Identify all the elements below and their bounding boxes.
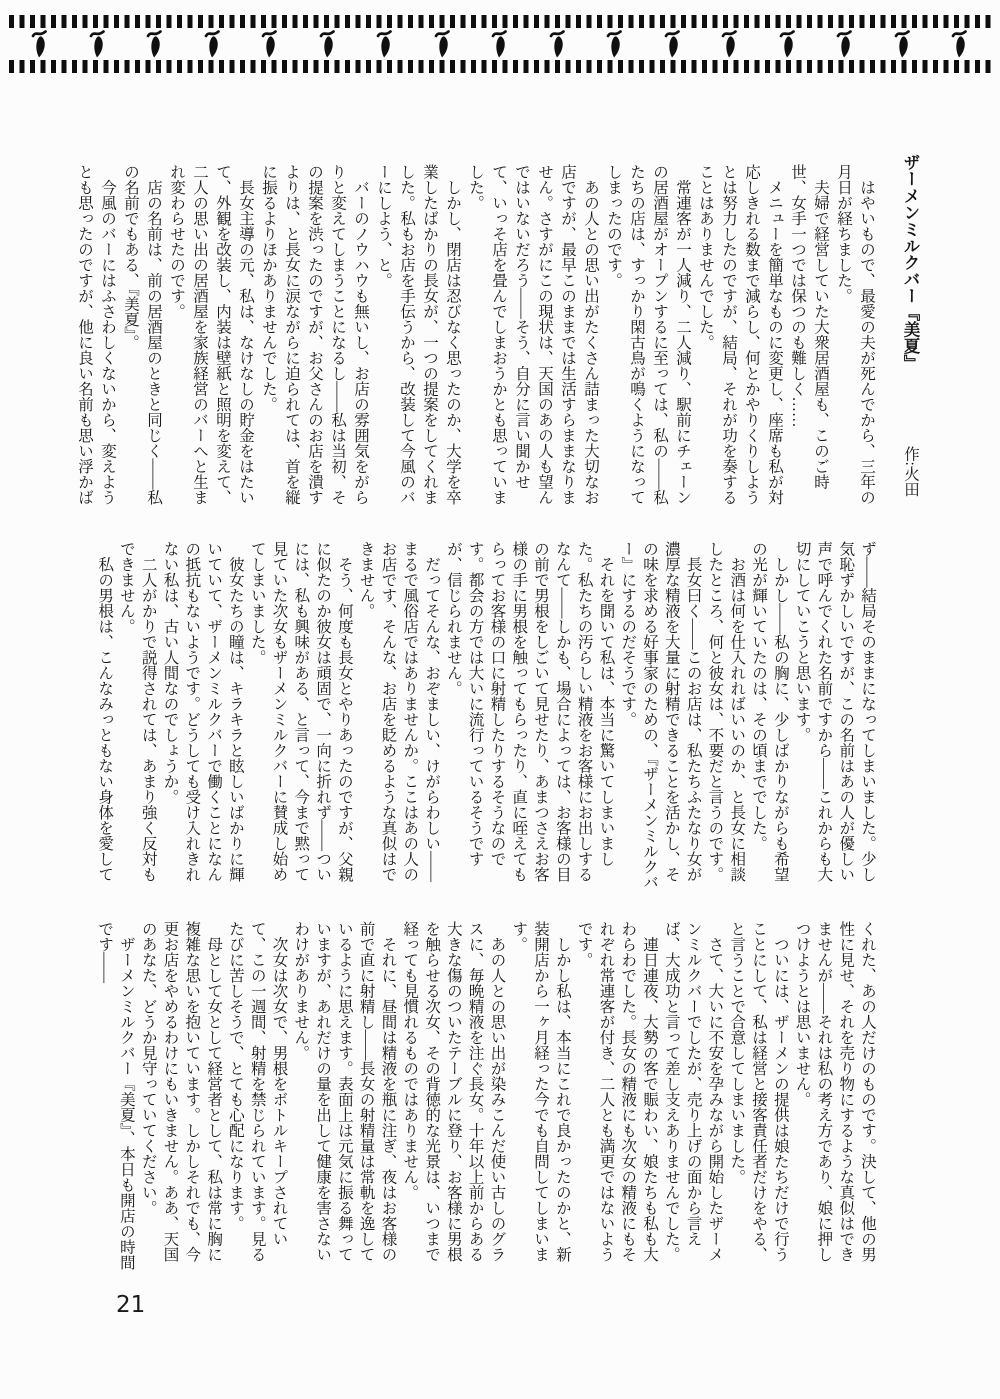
paragraph: 私の男根は、こんなみっともない身体を愛して	[93, 541, 115, 893]
paragraph: しかし――私の胸に、少しばかりながらも希望の光が輝いていたのは、その頃まででした…	[747, 541, 791, 893]
paragraph: だってそんな、おぞましい、けがらわしい――まるで風俗店ではありませんか。ここはあ…	[355, 541, 442, 893]
paragraph: 長女曰く――このお店は、私たちふたなり女が濃厚な精液を大量に射精できることを活か…	[616, 541, 703, 893]
paragraph: あの人との思い出が染みこんだ使い古しのグラスに、毎晩精液を注ぐ長女。十年以上前か…	[398, 921, 507, 1273]
dashed-border-bottom	[9, 60, 991, 73]
paragraph: 店の名前は、前の居酒屋のときと同じく――私の名前でもある、『美夏』。	[119, 164, 165, 516]
ornament-border	[30, 29, 970, 59]
paragraph: バーのノウハウも無いし、お店の雰囲気をがらりと変えてしまうことになるし――私は当…	[257, 164, 372, 516]
comma-flourish-icon	[490, 29, 510, 59]
text-block-3: くれた、あの人だけのものです。決して、他の男性に見せ、それを売り物にするような真…	[78, 921, 878, 1273]
paragraph: メニューを簡単なものに変更し、座席も私が対応しきれる数まで減らし、何とかやりくり…	[694, 164, 786, 516]
author-credit: 作:火田	[902, 446, 919, 497]
paragraph: 今風のバーにはふさわしくないから、変えようとも思ったのですが、他に良い名前も思い…	[73, 164, 119, 516]
comma-flourish-icon	[950, 29, 970, 59]
text-block-2: ず――結局そのままになってしまいました。少し気恥ずかしいですが、この名前はあの人…	[78, 541, 878, 893]
paragraph: そう、何度も長女とやりあったのですが、父親に似たのか彼女は頑固で、一向に折れず―…	[246, 541, 355, 893]
comma-flourish-icon	[203, 29, 223, 59]
comma-flourish-icon	[835, 29, 855, 59]
paragraph: しかし、閉店は忍びなく思ったのか、大学を卒業したばかりの長女が、一つの提案をして…	[372, 164, 464, 516]
comma-flourish-icon	[30, 29, 50, 59]
title-column: ザーメンミルクバー『美夏』 作:火田	[898, 154, 922, 546]
paragraph: 連日連夜、大勢の客で賑わい、娘たちも私も大わらわでした。長女の精液にも次女の精液…	[573, 921, 660, 1273]
comma-flourish-icon	[433, 29, 453, 59]
comma-flourish-icon	[88, 29, 108, 59]
page-number: 21	[116, 1292, 145, 1318]
comma-flourish-icon	[145, 29, 165, 59]
paragraph: ついには、ザーメンの提供は娘たちだけで行うことにして、私は経営と接客責任者だけを…	[725, 921, 790, 1273]
paragraph: ザーメンミルクバー『美夏』、本日も開店の時間です――	[93, 921, 137, 1273]
paragraph: お酒は何を仕入れればいいのか、と長女に相談したところ、何と彼女は、不要だと言うの…	[704, 541, 748, 893]
comma-flourish-icon	[778, 29, 798, 59]
comma-flourish-icon	[663, 29, 683, 59]
paragraph: それを聞いて私は、本当に驚いてしまいました。私たちの汚らしい精液をお客様にお出し…	[442, 541, 616, 893]
page-title: ザーメンミルクバー『美夏』	[901, 154, 919, 371]
paragraph: 常連客が一人減り、二人減り、駅前にチェーンの居酒屋がオープンするに至っては、私の…	[602, 164, 694, 516]
paragraph: それに、昼間は精液を瓶に注ぎ、夜はお客様の前で直に射精し――長女の射精量は常軌を…	[289, 921, 398, 1273]
comma-flourish-icon	[605, 29, 625, 59]
paragraph: くれた、あの人だけのものです。決して、他の男性に見せ、それを売り物にするような真…	[791, 921, 878, 1273]
comma-flourish-icon	[893, 29, 913, 59]
paragraph: しかし私は、本当にこれで良かったのかと、新装開店から一ヶ月経った今でも自問してし…	[507, 921, 572, 1273]
paragraph: 彼女たちの瞳は、キラキラと眩しいばかりに輝いていて、ザーメンミルクバーで働くこと…	[159, 541, 246, 893]
paragraph: 母として女として経営者として、私は常に胸に複雑な思いを抱いています。しかしそれで…	[137, 921, 224, 1273]
paragraph: 夫婦で経営していた大衆居酒屋も、このご時世、女手一つでは保つのも難しく……	[786, 164, 832, 516]
text-block-1: はやいもので、最愛の夫が死んでから、三年の月日が経ちました。 夫婦で経営していた…	[78, 164, 878, 516]
paragraph: 二人がかりで説得されては、あまり強く反対もできません。	[115, 541, 159, 893]
paragraph: さて、大いに不安を孕みながら開始したザーメンミルクバーでしたが、売り上げの面から…	[660, 921, 725, 1273]
paragraph: あの人との思い出がたくさん詰まった大切なお店ですが、最早このままでは生活すらまま…	[464, 164, 602, 516]
paragraph: はやいもので、最愛の夫が死んでから、三年の月日が経ちました。	[832, 164, 878, 516]
paragraph: 長女主導の元、私は、なけなしの貯金をはたいて、外観を改装し、内装は壁紙と照明を変…	[165, 164, 257, 516]
comma-flourish-icon	[375, 29, 395, 59]
comma-flourish-icon	[260, 29, 280, 59]
dashed-border-top	[9, 15, 991, 28]
paragraph: ず――結局そのままになってしまいました。少し気恥ずかしいですが、この名前はあの人…	[791, 541, 878, 893]
comma-flourish-icon	[720, 29, 740, 59]
paragraph: 次女は次女で、男根をボトルキープされていて、この一週間、射精を禁じられています。…	[224, 921, 289, 1273]
comma-flourish-icon	[318, 29, 338, 59]
comma-flourish-icon	[548, 29, 568, 59]
book-page: ザーメンミルクバー『美夏』 作:火田 はやいもので、最愛の夫が死んでから、三年の…	[0, 0, 1000, 1399]
